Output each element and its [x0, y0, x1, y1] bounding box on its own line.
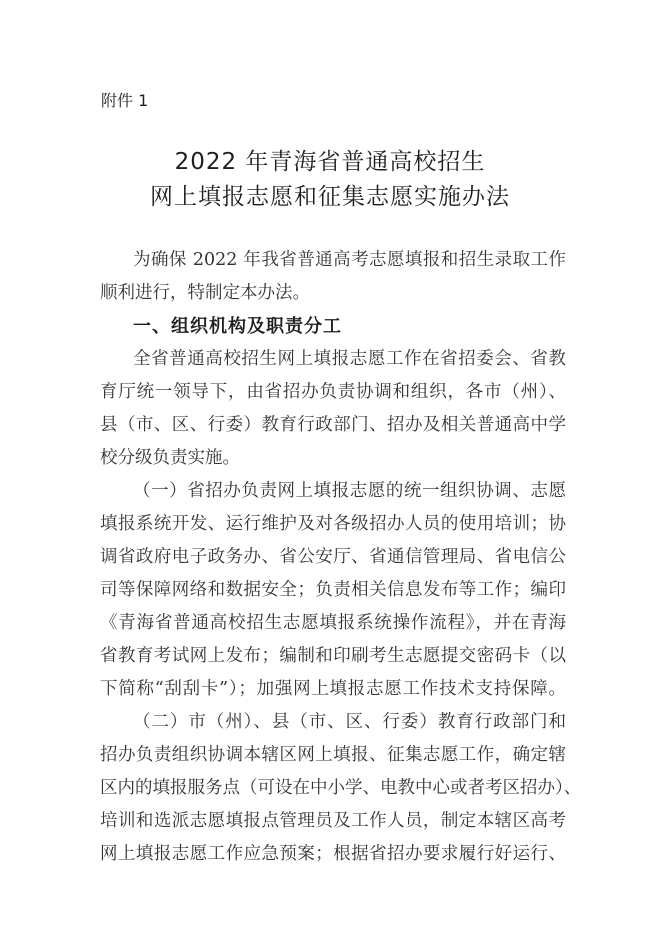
item-1-line: 司等保障网络和数据安全；负责相关信息发布等工作；编印	[100, 576, 566, 601]
paragraph-line: 育厅统一领导下，由省招办负责协调和组织，各市（州）、	[100, 378, 566, 403]
intro-line: 顺利进行，特制定本办法。	[100, 279, 566, 304]
item-2-line: （二）市（州）、县（市、区、行委）教育行政部门和	[133, 708, 566, 733]
attachment-label: 附件 1	[101, 88, 148, 111]
paragraph-line: 全省普通高校招生网上填报志愿工作在省招委会、省教	[133, 345, 566, 370]
document-title-line-2: 网上填报志愿和征集志愿实施办法	[0, 178, 660, 211]
paragraph-line: 县（市、区、行委）教育行政部门、招办及相关普通高中学	[100, 411, 566, 436]
item-1-line: 《青海省普通高校招生志愿填报系统操作流程》，并在青海	[100, 609, 566, 634]
item-1-line: 省教育考试网上发布；编制和印刷考生志愿提交密码卡（以	[100, 642, 566, 667]
item-2-line: 区内的填报服务点（可设在中小学、电教中心或者考区招办）、	[100, 774, 566, 799]
item-1-line: 下简称“刮刮卡”）；加强网上填报志愿工作技术支持保障。	[100, 675, 566, 700]
item-1-line: （一）省招办负责网上填报志愿的统一组织协调、志愿	[133, 477, 566, 502]
document-title-line-1: 2022 年青海省普通高校招生	[0, 143, 660, 176]
item-1-line: 填报系统开发、运行维护及对各级招办人员的使用培训；协	[100, 510, 566, 535]
item-2-line: 网上填报志愿工作应急预案；根据省招办要求履行好运行、	[100, 840, 566, 865]
paragraph-line: 校分级负责实施。	[100, 444, 566, 469]
item-1-line: 调省政府电子政务办、省公安厅、省通信管理局、省电信公	[100, 543, 566, 568]
section-heading: 一、组织机构及职责分工	[133, 312, 342, 338]
intro-line: 为确保 2022 年我省普通高考志愿填报和招生录取工作	[133, 246, 566, 271]
item-2-line: 招办负责组织协调本辖区网上填报、征集志愿工作，确定辖	[100, 741, 566, 766]
item-2-line: 培训和选派志愿填报点管理员及工作人员，制定本辖区高考	[100, 807, 566, 832]
